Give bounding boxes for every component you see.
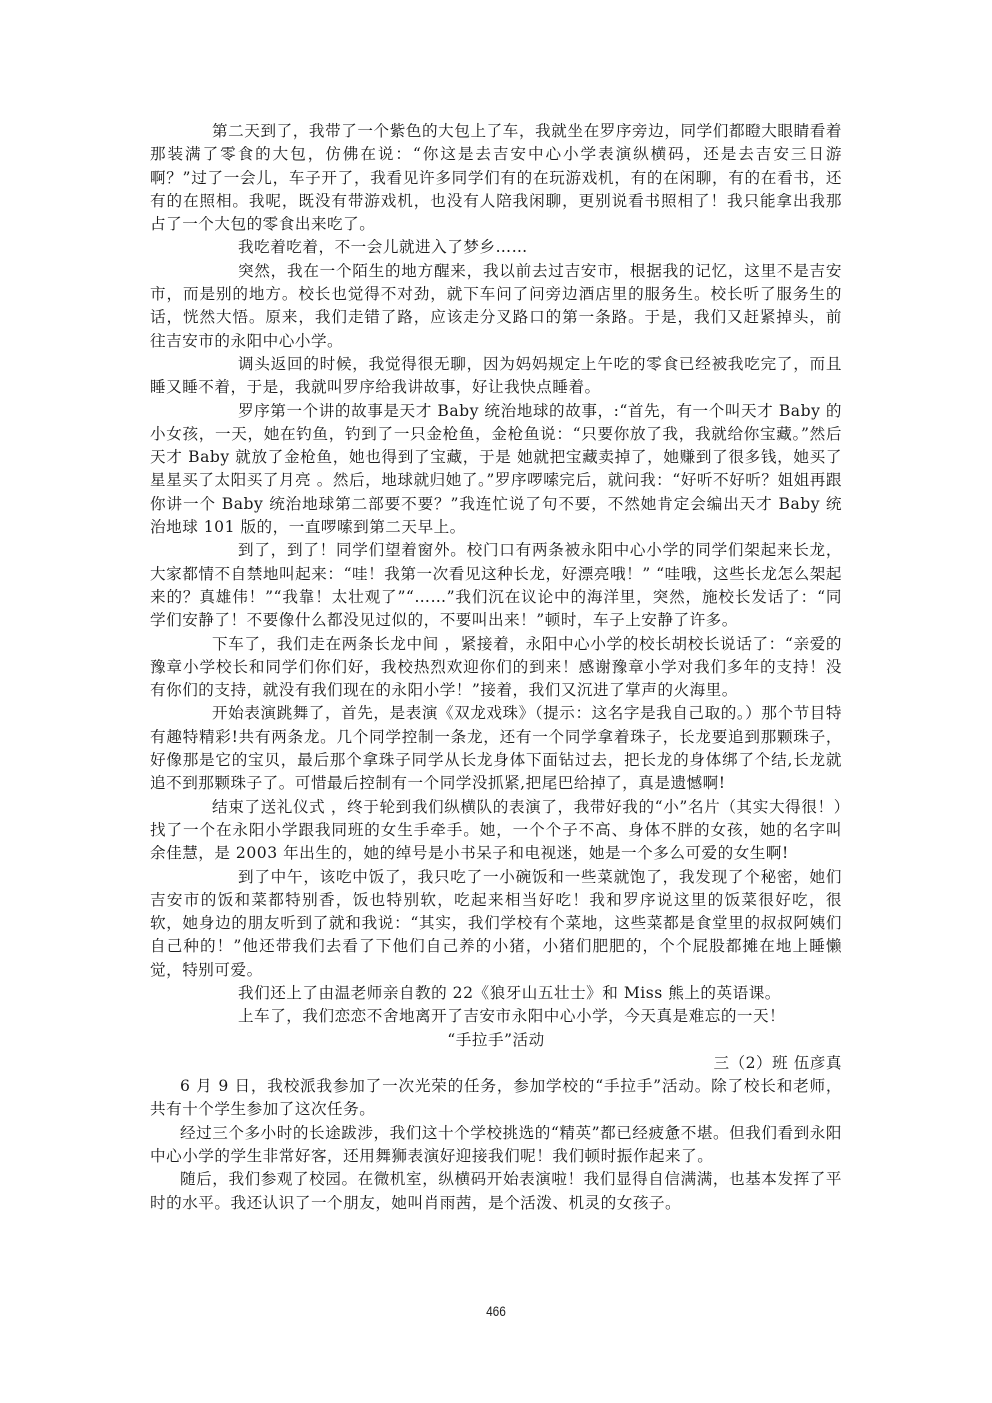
paragraph: 6 月 9 日，我校派我参加了一次光荣的任务，参加学校的“手拉手”活动。除了校长… — [150, 1075, 842, 1122]
paragraph: 下车了，我们走在两条长龙中间 ，紧接着，永阳中心小学的校长胡校长说话了：“亲爱的… — [150, 633, 842, 703]
paragraph: 我吃着吃着，不一会儿就进入了梦乡…… — [150, 236, 842, 259]
paragraph: 我们还上了由温老师亲自教的 22《狼牙山五壮士》和 Miss 熊上的英语课。 — [150, 982, 842, 1005]
page-number: 466 — [74, 1303, 917, 1319]
document-body: 第二天到了，我带了一个紫色的大包上了车，我就坐在罗序旁边，同学们都瞪大眼睛看着那… — [150, 120, 842, 1215]
paragraph: 随后，我们参观了校园。在微机室，纵横码开始表演啦！我们显得自信满满，也基本发挥了… — [150, 1168, 842, 1215]
section-title: “手拉手”活动 — [150, 1029, 842, 1052]
paragraph: 开始表演跳舞了，首先，是表演《双龙戏珠》（提示：这名字是我自己取的。）那个节目特… — [150, 702, 842, 795]
paragraph: 突然，我在一个陌生的地方醒来，我以前去过吉安市，根据我的记忆，这里不是吉安市，而… — [150, 260, 842, 353]
paragraph: 结束了送礼仪式 ，终于轮到我们纵横队的表演了，我带好我的“小”名片（其实大得很！… — [150, 796, 842, 866]
paragraph: 到了，到了！同学们望着窗外。校门口有两条被永阳中心小学的同学们架起来长龙，大家都… — [150, 539, 842, 632]
paragraph: 调头返回的时候，我觉得很无聊，因为妈妈规定上午吃的零食已经被我吃完了，而且睡又睡… — [150, 353, 842, 400]
paragraph: 经过三个多小时的长途跋涉，我们这十个学校挑选的“精英”都已经疲惫不堪。但我们看到… — [150, 1122, 842, 1169]
paragraph: 罗序第一个讲的故事是天才 Baby 统治地球的故事，:“首先，有一个叫天才 Ba… — [150, 400, 842, 540]
paragraph: 上车了，我们恋恋不舍地离开了吉安市永阳中心小学，今天真是难忘的一天！ — [150, 1005, 842, 1028]
paragraph: 到了中午，该吃中饭了，我只吃了一小碗饭和一些菜就饱了，我发现了个秘密，她们吉安市… — [150, 866, 842, 982]
author-byline: 三（2）班 伍彦真 — [150, 1052, 842, 1075]
paragraph: 第二天到了，我带了一个紫色的大包上了车，我就坐在罗序旁边，同学们都瞪大眼睛看着那… — [150, 120, 842, 236]
